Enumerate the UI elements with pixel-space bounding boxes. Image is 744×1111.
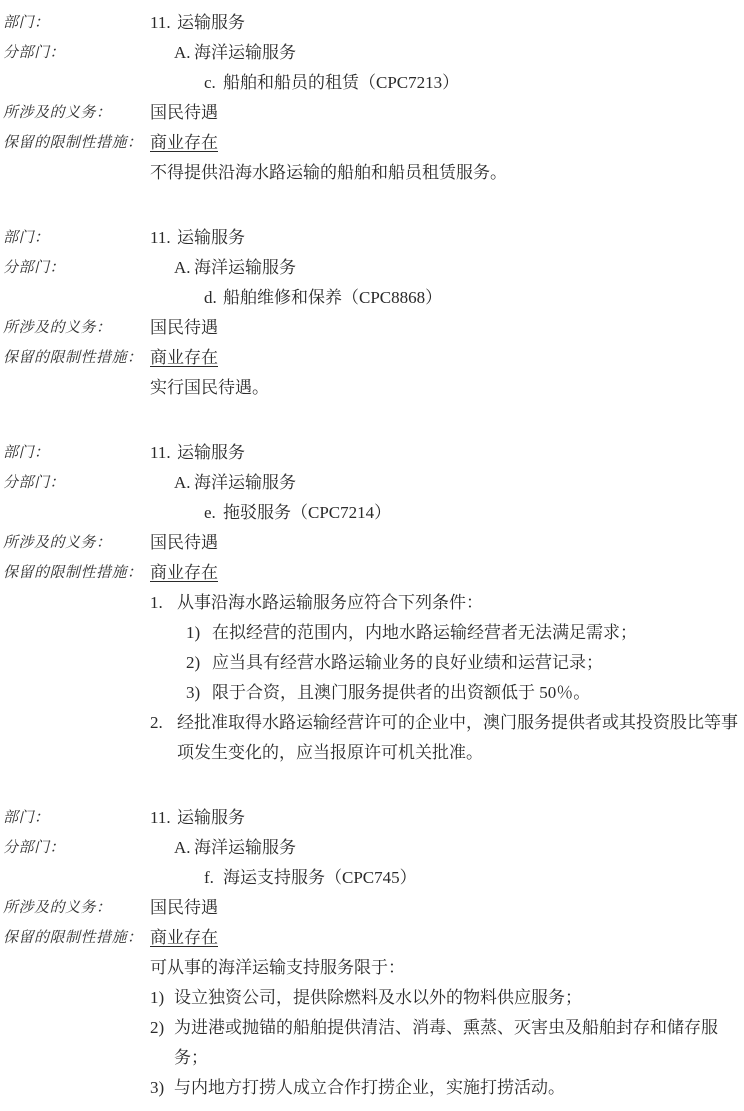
subsector-value: 海洋运输服务 bbox=[194, 468, 740, 498]
schedule-entry: 部门： 11. 运输服务 分部门： A. 海洋运输服务 d. 船舶维修和保养（C… bbox=[3, 223, 740, 403]
obligations-label: 所涉及的义务： bbox=[3, 893, 150, 923]
subsector-label: 分部门： bbox=[3, 468, 150, 498]
obligations-row: 所涉及的义务： 国民待遇 bbox=[3, 98, 740, 128]
obligations-value: 国民待遇 bbox=[150, 313, 740, 343]
paragraph-text: 可从事的海洋运输支持服务限于： bbox=[150, 953, 740, 983]
item-text: 经批准取得水路运输经营许可的企业中，澳门服务提供者或其投资股比等事项发生变化的，… bbox=[177, 708, 740, 768]
obligations-value: 国民待遇 bbox=[150, 893, 740, 923]
subitem-text: 应当具有经营水路运输业务的良好业绩和运营记录； bbox=[212, 648, 740, 678]
subsector-row: 分部门： A. 海洋运输服务 d. 船舶维修和保养（CPC8868） bbox=[3, 253, 740, 313]
measure-paragraph: 不得提供沿海水路运输的船舶和船员租赁服务。 bbox=[150, 158, 740, 188]
service-letter: d. bbox=[204, 283, 223, 313]
item-number: 1. bbox=[150, 588, 177, 618]
subsector-label: 分部门： bbox=[3, 833, 150, 863]
subsector-letter: A. bbox=[174, 253, 194, 283]
subsector-letter: A. bbox=[174, 833, 194, 863]
sector-number: 11. bbox=[150, 8, 177, 38]
subsector-row: 分部门： A. 海洋运输服务 f. 海运支持服务（CPC745） bbox=[3, 833, 740, 893]
service-letter: f. bbox=[204, 863, 223, 893]
measure-subitem: 2) 应当具有经营水路运输业务的良好业绩和运营记录； bbox=[186, 648, 740, 678]
measure-item: 1. 从事沿海水路运输服务应符合下列条件： bbox=[150, 588, 740, 618]
measures-label: 保留的限制性措施： bbox=[3, 128, 150, 158]
service-value: 船舶和船员的租赁（CPC7213） bbox=[223, 68, 740, 98]
service-value: 船舶维修和保养（CPC8868） bbox=[223, 283, 740, 313]
schedule-entry: 部门： 11. 运输服务 分部门： A. 海洋运输服务 e. 拖驳服务（CPC7… bbox=[3, 438, 740, 768]
item-number: 3) bbox=[150, 1073, 174, 1103]
subsector-label: 分部门： bbox=[3, 38, 150, 68]
obligations-row: 所涉及的义务： 国民待遇 bbox=[3, 528, 740, 558]
measures-heading: 商业存在 bbox=[150, 563, 218, 582]
measures-row: 保留的限制性措施： 商业存在 实行国民待遇。 bbox=[3, 343, 740, 403]
schedule-entry: 部门： 11. 运输服务 分部门： A. 海洋运输服务 c. 船舶和船员的租赁（… bbox=[3, 8, 740, 188]
subitem-number: 1) bbox=[186, 618, 212, 648]
measures-label: 保留的限制性措施： bbox=[3, 558, 150, 588]
service-value: 拖驳服务（CPC7214） bbox=[223, 498, 740, 528]
measures-heading: 商业存在 bbox=[150, 928, 218, 947]
sector-number: 11. bbox=[150, 223, 177, 253]
service-letter: e. bbox=[204, 498, 223, 528]
measure-item: 2) 为进港或抛锚的船舶提供清洁、消毒、熏蒸、灭害虫及船舶封存和储存服务； bbox=[150, 1013, 740, 1073]
sector-label: 部门： bbox=[3, 438, 150, 468]
obligations-value: 国民待遇 bbox=[150, 528, 740, 558]
item-number: 1) bbox=[150, 983, 174, 1013]
sector-value: 运输服务 bbox=[177, 223, 740, 253]
measures-label: 保留的限制性措施： bbox=[3, 343, 150, 373]
sector-value: 运输服务 bbox=[177, 803, 740, 833]
subsector-row: 分部门： A. 海洋运输服务 e. 拖驳服务（CPC7214） bbox=[3, 468, 740, 528]
item-text: 与内地方打捞人成立合作打捞企业，实施打捞活动。 bbox=[174, 1073, 740, 1103]
obligations-value: 国民待遇 bbox=[150, 98, 740, 128]
subsector-row: 分部门： A. 海洋运输服务 c. 船舶和船员的租赁（CPC7213） bbox=[3, 38, 740, 98]
obligations-label: 所涉及的义务： bbox=[3, 98, 150, 128]
sector-number: 11. bbox=[150, 438, 177, 468]
sector-row: 部门： 11. 运输服务 bbox=[3, 438, 740, 468]
item-text: 为进港或抛锚的船舶提供清洁、消毒、熏蒸、灭害虫及船舶封存和储存服务； bbox=[174, 1013, 740, 1073]
sector-row: 部门： 11. 运输服务 bbox=[3, 223, 740, 253]
subitem-text: 限于合资，且澳门服务提供者的出资额低于 50％。 bbox=[212, 678, 740, 708]
measure-subitem: 3) 限于合资，且澳门服务提供者的出资额低于 50％。 bbox=[186, 678, 740, 708]
item-number: 2) bbox=[150, 1013, 174, 1043]
service-letter: c. bbox=[204, 68, 223, 98]
measure-paragraph: 可从事的海洋运输支持服务限于： bbox=[150, 953, 740, 983]
measure-item: 3) 与内地方打捞人成立合作打捞企业，实施打捞活动。 bbox=[150, 1073, 740, 1103]
sector-row: 部门： 11. 运输服务 bbox=[3, 8, 740, 38]
measure-subitem: 1) 在拟经营的范围内，内地水路运输经营者无法满足需求； bbox=[186, 618, 740, 648]
service-value: 海运支持服务（CPC745） bbox=[223, 863, 740, 893]
sector-row: 部门： 11. 运输服务 bbox=[3, 803, 740, 833]
measures-heading: 商业存在 bbox=[150, 133, 218, 152]
measure-item: 1) 设立独资公司，提供除燃料及水以外的物料供应服务； bbox=[150, 983, 740, 1013]
measures-heading: 商业存在 bbox=[150, 348, 218, 367]
obligations-row: 所涉及的义务： 国民待遇 bbox=[3, 313, 740, 343]
item-number: 2. bbox=[150, 708, 177, 738]
sector-value: 运输服务 bbox=[177, 8, 740, 38]
subitem-text: 在拟经营的范围内，内地水路运输经营者无法满足需求； bbox=[212, 618, 740, 648]
measure-paragraph: 实行国民待遇。 bbox=[150, 373, 740, 403]
sector-label: 部门： bbox=[3, 223, 150, 253]
measures-row: 保留的限制性措施： 商业存在 可从事的海洋运输支持服务限于： 1) 设立独资公司… bbox=[3, 923, 740, 1103]
sector-number: 11. bbox=[150, 803, 177, 833]
obligations-row: 所涉及的义务： 国民待遇 bbox=[3, 893, 740, 923]
measures-row: 保留的限制性措施： 商业存在 不得提供沿海水路运输的船舶和船员租赁服务。 bbox=[3, 128, 740, 188]
subsector-letter: A. bbox=[174, 38, 194, 68]
document-page: 部门： 11. 运输服务 分部门： A. 海洋运输服务 c. 船舶和船员的租赁（… bbox=[0, 0, 744, 1111]
sector-value: 运输服务 bbox=[177, 438, 740, 468]
subsector-value: 海洋运输服务 bbox=[194, 38, 740, 68]
subsector-letter: A. bbox=[174, 468, 194, 498]
sector-label: 部门： bbox=[3, 803, 150, 833]
subsector-value: 海洋运输服务 bbox=[194, 833, 740, 863]
schedule-entry: 部门： 11. 运输服务 分部门： A. 海洋运输服务 f. 海运支持服务（CP… bbox=[3, 803, 740, 1103]
subsector-label: 分部门： bbox=[3, 253, 150, 283]
subsector-value: 海洋运输服务 bbox=[194, 253, 740, 283]
subitem-number: 2) bbox=[186, 648, 212, 678]
measures-row: 保留的限制性措施： 商业存在 1. 从事沿海水路运输服务应符合下列条件： 1) … bbox=[3, 558, 740, 768]
obligations-label: 所涉及的义务： bbox=[3, 313, 150, 343]
item-text: 设立独资公司，提供除燃料及水以外的物料供应服务； bbox=[174, 983, 740, 1013]
subitem-number: 3) bbox=[186, 678, 212, 708]
sector-label: 部门： bbox=[3, 8, 150, 38]
measures-label: 保留的限制性措施： bbox=[3, 923, 150, 953]
measure-item: 2. 经批准取得水路运输经营许可的企业中，澳门服务提供者或其投资股比等事项发生变… bbox=[150, 708, 740, 768]
obligations-label: 所涉及的义务： bbox=[3, 528, 150, 558]
item-text: 从事沿海水路运输服务应符合下列条件： bbox=[177, 588, 740, 618]
